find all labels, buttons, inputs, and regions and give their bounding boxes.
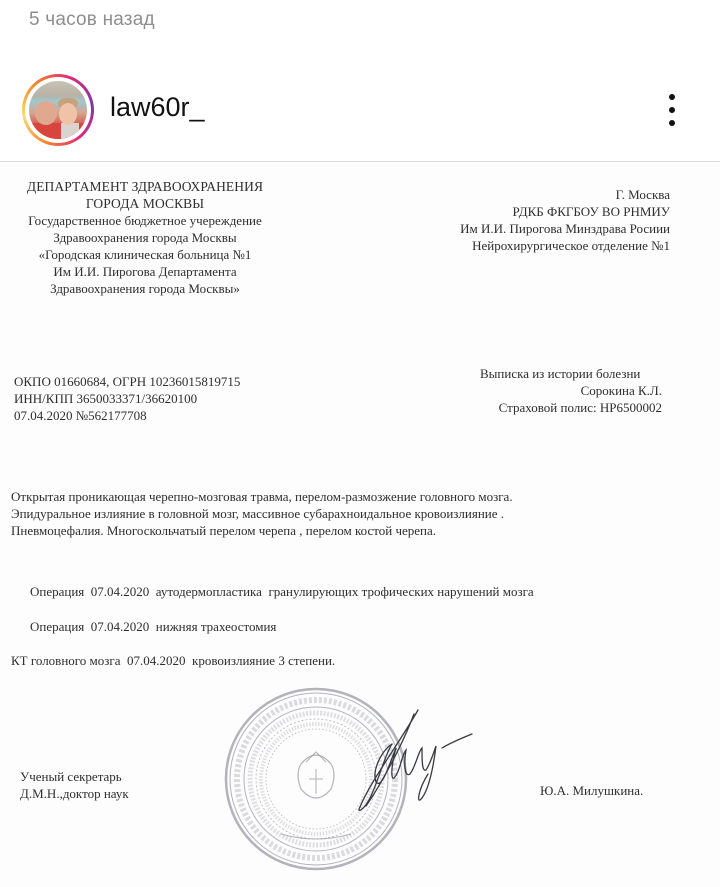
username-link[interactable]: law60r_	[110, 92, 205, 123]
avatar[interactable]	[22, 74, 94, 146]
code-line: ИНН/КПП 3650033371/36620100	[14, 390, 240, 407]
header-line: ДЕПАРТАМЕНТ ЗДРАВООХРАНЕНИЯ	[10, 178, 280, 195]
header-line: Здравоохранения города Москвы	[10, 229, 280, 246]
code-line: ОКПО 01660684, ОГРН 10236015819715	[14, 373, 240, 390]
header-line: Им И.И. Пирогова Минздрава Росиии	[400, 220, 670, 237]
operation-2: Операция 07.04.2020 нижняя трахеостомия	[30, 618, 276, 635]
header-line: Государственное бюджетное учереждение	[10, 212, 280, 229]
signer-title: Ученый секретарь Д.М.Н.,доктор наук	[20, 768, 129, 802]
header-line: «Городская клиническая больница №1	[10, 246, 280, 263]
header-line: ГОРОДА МОСКВЫ	[10, 195, 280, 212]
diagnosis-line: Пневмоцефалия. Многоскольчатый перелом ч…	[11, 522, 513, 539]
signer-title-line: Д.М.Н.,доктор наук	[20, 785, 129, 802]
avatar-photo-detail	[59, 103, 77, 125]
more-vertical-icon	[669, 107, 675, 113]
post-image-document[interactable]: ДЕПАРТАМЕНТ ЗДРАВООХРАНЕНИЯ ГОРОДА МОСКВ…	[0, 162, 720, 887]
avatar-ring-gap	[25, 77, 91, 143]
signer-name: Ю.А. Милушкина.	[540, 782, 643, 799]
patient-name: Сорокина К.Л.	[440, 382, 662, 399]
header-line: Нейрохирургическое отделение №1	[400, 237, 670, 254]
diagnosis: Открытая проникающая черепно-мозговая тр…	[11, 488, 513, 539]
more-vertical-icon	[669, 120, 675, 126]
extract-info: Выписка из истории болезни Сорокина К.Л.…	[440, 365, 662, 416]
registration-codes: ОКПО 01660684, ОГРН 10236015819715 ИНН/К…	[14, 373, 240, 424]
code-line: 07.04.2020 №562177708	[14, 407, 240, 424]
post-timestamp: 5 часов назад	[29, 9, 155, 31]
insurance-policy: Страховой полис: НР6500002	[440, 399, 662, 416]
header-line: РДКБ ФКГБОУ ВО РНМИУ	[400, 203, 670, 220]
department-header: Г. Москва РДКБ ФКГБОУ ВО РНМИУ Им И.И. П…	[400, 186, 670, 254]
extract-title: Выписка из истории болезни	[440, 365, 662, 382]
avatar-photo	[29, 81, 87, 139]
diagnosis-line: Открытая проникающая черепно-мозговая тр…	[11, 488, 513, 505]
ct-result: КТ головного мозга 07.04.2020 кровоизлия…	[11, 652, 335, 669]
operation-1: Операция 07.04.2020 аутодермопластика гр…	[30, 583, 534, 600]
header-line: Им И.И. Пирогова Департамента	[10, 263, 280, 280]
header-line: Г. Москва	[400, 186, 670, 203]
header-line: Здравоохранения города Москвы»	[10, 280, 280, 297]
institution-header: ДЕПАРТАМЕНТ ЗДРАВООХРАНЕНИЯ ГОРОДА МОСКВ…	[10, 178, 280, 297]
more-options-button[interactable]	[660, 90, 684, 130]
more-vertical-icon	[669, 94, 675, 100]
avatar-photo-detail	[35, 101, 57, 125]
avatar-photo-detail	[61, 123, 79, 139]
diagnosis-line: Эпидуральное излияние в головной мозг, м…	[11, 505, 513, 522]
post-header: law60r_	[0, 62, 720, 160]
signer-title-line: Ученый секретарь	[20, 768, 129, 785]
handwritten-signature-icon	[330, 702, 480, 812]
